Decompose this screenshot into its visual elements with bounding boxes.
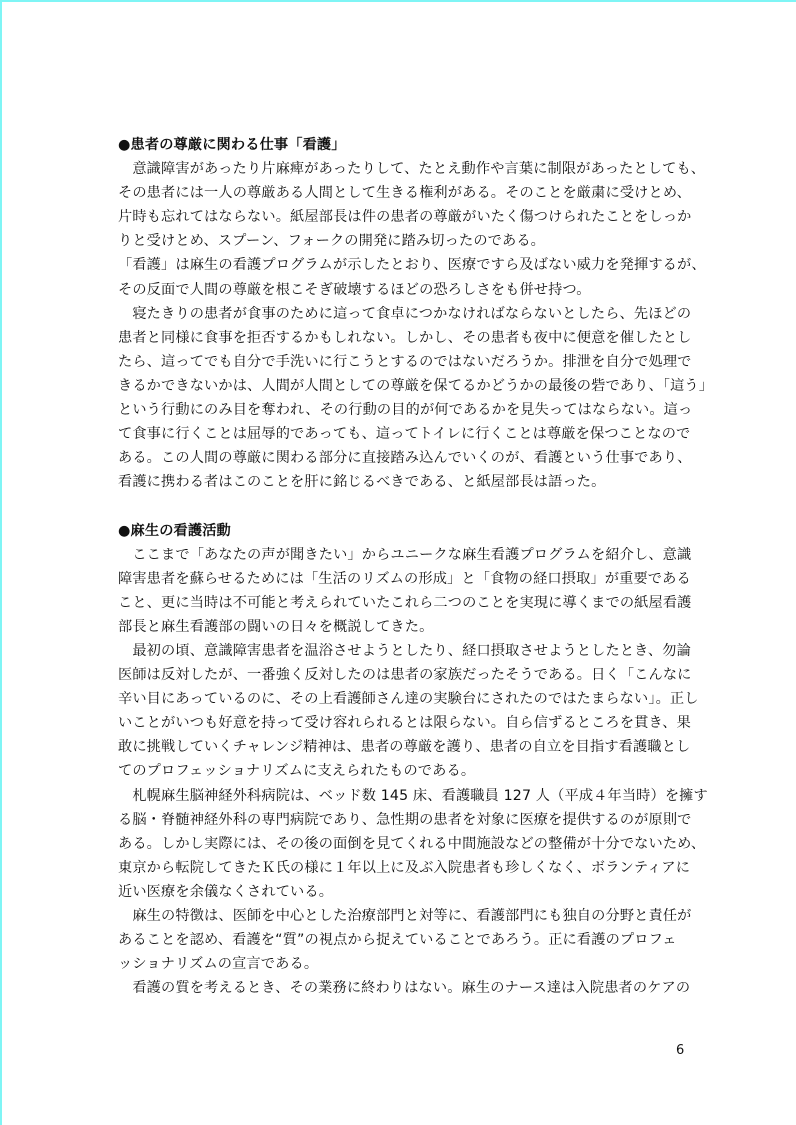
- text-line: 寝たきりの患者が食事のために這って食卓につかなければならないとしたら、先ほどの: [118, 302, 688, 326]
- text-line: 看護の質を考えるとき、その業務に終わりはない。麻生のナース達は入院患者のケアの: [118, 976, 688, 1000]
- text-line: 部長と麻生看護部の闘いの日々を概説してきた。: [118, 615, 688, 639]
- text-line: いことがいつも好意を持って受け容れられるとは限らない。自ら信ずるところを貫き、果: [118, 711, 688, 735]
- text-line: 最初の頃、意識障害患者を温浴させようとしたり、経口摂取させようとしたとき、勿論: [118, 639, 688, 663]
- text-line: て食事に行くことは屈辱的であっても、這ってトイレに行くことは尊厳を保つことなので: [118, 422, 688, 446]
- document-body: ●患者の尊厳に関わる仕事「看護」 意識障害があったり片麻痺があったりして、たとえ…: [118, 133, 688, 1000]
- text-line: 看護に携わる者はこのことを肝に銘じるべきである、と紙屋部長は語った。: [118, 470, 688, 494]
- text-line: ッショナリズムの宣言である。: [118, 952, 688, 976]
- text-line: 東京から転院してきたＫ氏の様に１年以上に及ぶ入院患者も珍しくなく、ボランティアに: [118, 856, 688, 880]
- text-line: 近い医療を余儀なくされている。: [118, 880, 688, 904]
- document-page: ●患者の尊厳に関わる仕事「看護」 意識障害があったり片麻痺があったりして、たとえ…: [0, 0, 796, 1125]
- text-line: ここまで「あなたの声が聞きたい」からユニークな麻生看護プログラムを紹介し、意識: [118, 543, 688, 567]
- text-line: 患者と同様に食事を拒否するかもしれない。しかし、その患者も夜中に便意を催したとし: [118, 326, 688, 350]
- section-spacer: [118, 494, 688, 518]
- section-aso-nursing-activities: ●麻生の看護活動 ここまで「あなたの声が聞きたい」からユニークな麻生看護プログラ…: [118, 519, 688, 1001]
- text-line: 片時も忘れてはならない。紙屋部長は件の患者の尊厳がいたく傷つけられたことをしっか: [118, 205, 688, 229]
- text-line: 意識障害があったり片麻痺があったりして、たとえ動作や言葉に制限があったとしても、: [118, 157, 688, 181]
- text-line: ある。しかし実際には、その後の面倒を見てくれる中間施設などの整備が十分でないため…: [118, 832, 688, 856]
- text-line: る脳・脊髄神経外科の専門病院であり、急性期の患者を対象に医療を提供するのが原則で: [118, 808, 688, 832]
- text-line: その患者には一人の尊厳ある人間として生きる権利がある。そのことを厳粛に受けとめ、: [118, 181, 688, 205]
- text-line: 敢に挑戦していくチャレンジ精神は、患者の尊厳を護り、患者の自立を目指す看護職とし: [118, 735, 688, 759]
- text-line: その反面で人間の尊厳を根こそぎ破壊するほどの恐ろしさをも併せ持つ。: [118, 278, 688, 302]
- text-line: 札幌麻生脳神経外科病院は、ベッド数 145 床、看護職員 127 人（平成４年当…: [118, 784, 688, 808]
- text-line: 辛い目にあっているのに、その上看護師さん達の実験台にされたのではたまらない」。正…: [118, 687, 688, 711]
- text-line: あることを認め、看護を“質”の視点から捉えていることであろう。正に看護のプロフェ: [118, 928, 688, 952]
- text-line: りと受けとめ、スプーン、フォークの開発に踏み切ったのである。: [118, 229, 688, 253]
- text-line: こと、更に当時は不可能と考えられていたこれら二つのことを実現に導くまでの紙屋看護: [118, 591, 688, 615]
- section-heading: ●患者の尊厳に関わる仕事「看護」: [118, 133, 688, 157]
- text-line: 「看護」は麻生の看護プログラムが示したとおり、医療ですら及ばない威力を発揮するが…: [118, 253, 688, 277]
- text-line: 麻生の特徴は、医師を中心とした治療部門と対等に、看護部門にも独自の分野と責任が: [118, 904, 688, 928]
- text-line: という行動にのみ目を奪われ、その行動の目的が何であるかを見失ってはならない。這っ: [118, 398, 688, 422]
- page-number: 6: [676, 1043, 684, 1058]
- text-line: 医師は反対したが、一番強く反対したのは患者の家族だったそうである。日く「こんなに: [118, 663, 688, 687]
- section-heading: ●麻生の看護活動: [118, 519, 688, 543]
- text-line: 障害患者を蘇らせるためには「生活のリズムの形成」と「食物の経口摂取」が重要である: [118, 567, 688, 591]
- text-line: ある。この人間の尊厳に関わる部分に直接踏み込んでいくのが、看護という仕事であり、: [118, 446, 688, 470]
- text-line: たら、這ってでも自分で手洗いに行こうとするのではないだろうか。排泄を自分で処理で: [118, 350, 688, 374]
- text-line: てのプロフェッショナリズムに支えられたものである。: [118, 759, 688, 783]
- text-line: きるかできないかは、人間が人間としての尊厳を保てるかどうかの最後の砦であり、「這…: [118, 374, 688, 398]
- section-nursing-dignity: ●患者の尊厳に関わる仕事「看護」 意識障害があったり片麻痺があったりして、たとえ…: [118, 133, 688, 494]
